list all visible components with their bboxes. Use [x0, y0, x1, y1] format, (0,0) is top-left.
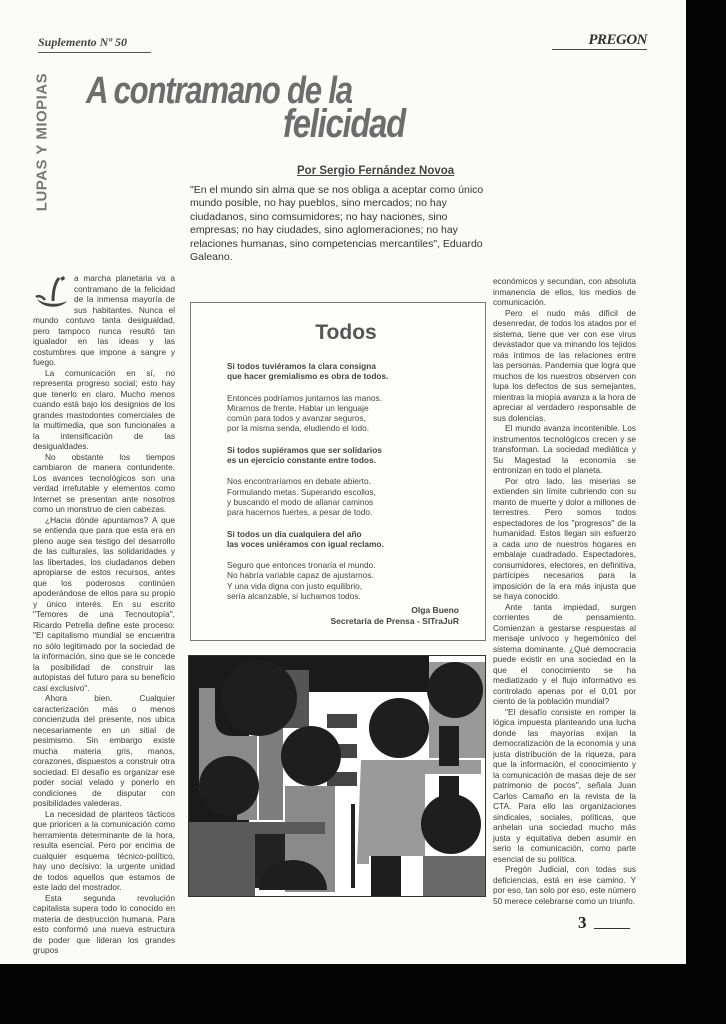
scan-border-right [686, 0, 726, 1024]
poem-line: por la misma senda, eludiendo el lodo. [227, 423, 477, 433]
poem-line: y buscando el modo de allanar caminos [227, 497, 477, 507]
poem-title: Todos [191, 321, 485, 345]
section-label: LUPAS Y MIOPIAS [31, 72, 53, 212]
poem-box: Todos Si todos tuviéramos la clara consi… [190, 302, 486, 641]
poem-line: Formulando metas. Superando escollos, [227, 487, 477, 497]
poem-line: para hacernos fuertes, a pesar de todo. [227, 507, 477, 517]
poem-signature: Olga Bueno Secretaría de Prensa - SITraJ… [330, 605, 459, 627]
paragraph: ¿Hacia dónde apuntamos? A que se entiend… [33, 515, 175, 694]
poem-stanza: Seguro que entonces tronaría el mundo. N… [227, 560, 477, 601]
paragraph: económicos y secundan, con absoluta inma… [493, 276, 636, 308]
poem-stanza: Si todos un día cualquiera del año las v… [227, 529, 477, 550]
poem-line: Mirarnos de frente. Hablar un lenguaje [227, 403, 477, 413]
poem-author: Olga Bueno [330, 605, 459, 616]
supplement-header: Suplemento Nº 50 [38, 35, 151, 53]
paragraph: No obstante los tiempos cambiaron de man… [33, 452, 175, 515]
paragraph: El mundo avanza incontenible. Los instru… [493, 423, 636, 476]
paragraph: La comunicación en sí, no representa pro… [33, 368, 175, 452]
poem-line: Si todos supiéramos que ser solidarios [227, 445, 477, 455]
poem-line: común para todos y avanzar seguros, [227, 413, 477, 423]
abstract-figures-icon [189, 656, 485, 896]
poem-line: Y una vida digna con justo equilibrio, [227, 581, 477, 591]
poem-stanza: Si todos tuviéramos la clara consigna qu… [227, 361, 477, 382]
abstract-illustration [188, 655, 486, 897]
page-number-rule [594, 928, 630, 929]
paragraph: Esta segunda revolución capitalista supe… [33, 893, 175, 956]
paragraph: Pero el nudo más difícil de desenredar, … [493, 308, 636, 424]
masthead-title: PREGON [588, 32, 647, 48]
poem-body: Si todos tuviéramos la clara consigna qu… [227, 361, 477, 612]
newspaper-page: Suplemento Nº 50 PREGON LUPAS Y MIOPIAS … [0, 0, 686, 966]
dropcap-l-icon [33, 275, 71, 309]
poem-line: es un ejercicio constante entre todos. [227, 455, 477, 465]
poem-line: No habría variable capaz de ajustarnos. [227, 570, 477, 580]
page-number: 3 [578, 913, 587, 933]
article-byline: Por Sergio Fernández Novoa [297, 165, 454, 177]
paragraph: "El desafío consiste en romper la lógica… [493, 707, 636, 865]
poem-line: sería alcanzable, si luchamos todos. [227, 591, 477, 601]
scan-border-bottom [0, 964, 726, 1024]
poem-line: Si todos tuviéramos la clara consigna [227, 361, 477, 371]
poem-line: que hacer gremialismo es obra de todos. [227, 371, 477, 381]
poem-line: Nos encontraríamos en debate abierto. [227, 476, 477, 486]
paragraph: Pregón Judicial, con todas sus deficienc… [493, 864, 636, 906]
article-epigraph: "En el mundo sin alma que se nos obliga … [190, 184, 490, 264]
paragraph: Por otro lado, las miserias se extienden… [493, 476, 636, 602]
article-title-line2: felicidad [283, 102, 405, 147]
masthead-logo: PREGON [552, 32, 647, 50]
left-column: a marcha planetaria va a contramano de l… [33, 273, 175, 956]
poem-line: Entonces podríamos juntarnos las manos. [227, 393, 477, 403]
poem-stanza: Nos encontraríamos en debate abierto. Fo… [227, 476, 477, 517]
poem-line: Seguro que entonces tronaría el mundo. [227, 560, 477, 570]
section-label-text: LUPAS Y MIOPIAS [34, 73, 51, 211]
poem-line: las voces uniéramos con igual reclamo. [227, 539, 477, 549]
paragraph: Ahora bien. Cualquier caracterización má… [33, 693, 175, 809]
poem-line: Si todos un día cualquiera del año [227, 529, 477, 539]
poem-author-role: Secretaría de Prensa - SITraJuR [330, 616, 459, 627]
poem-stanza: Entonces podríamos juntarnos las manos. … [227, 393, 477, 434]
right-column: económicos y secundan, con absoluta inma… [493, 276, 636, 906]
poem-stanza: Si todos supiéramos que ser solidarios e… [227, 445, 477, 466]
paragraph: Ante tanta impiedad, surgen corrientes d… [493, 602, 636, 707]
paragraph: La necesidad de planteos tácticos que pr… [33, 809, 175, 893]
